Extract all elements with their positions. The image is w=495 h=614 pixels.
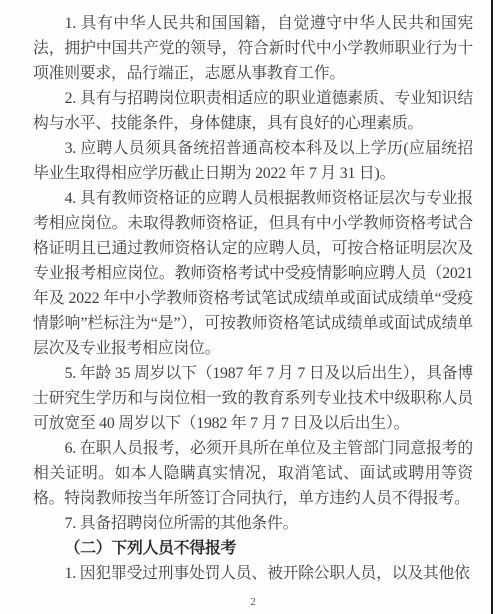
- page-number: 2: [33, 596, 473, 608]
- section-heading-ineligible: （二）下列人员不得报考: [33, 536, 473, 561]
- paragraph-requirement-4: 4. 具有教师资格证的应聘人员根据教师资格证层次与专业报考相应岗位。未取得教师资…: [33, 186, 473, 361]
- paragraph-ineligible-1: 1. 因犯罪受过刑事处罚人员、被开除公职人员，以及其他依: [33, 561, 473, 586]
- paragraph-requirement-2: 2. 具有与招聘岗位职责相适应的职业道德素质、专业知识结构与水平、技能条件，身体…: [33, 86, 473, 136]
- paragraph-requirement-1: 1. 具有中华人民共和国国籍，自觉遵守中华人民共和国宪法，拥护中国共产党的领导，…: [33, 11, 473, 86]
- document-text-block: 1. 具有中华人民共和国国籍，自觉遵守中华人民共和国宪法，拥护中国共产党的领导，…: [33, 11, 473, 586]
- paragraph-requirement-3: 3. 应聘人员须具备统招普通高校本科及以上学历(应届统招毕业生取得相应学历截止日…: [33, 136, 473, 186]
- scanned-document-page: 1. 具有中华人民共和国国籍，自觉遵守中华人民共和国宪法，拥护中国共产党的领导，…: [0, 0, 495, 614]
- paragraph-requirement-5: 5. 年龄 35 周岁以下（1987 年 7 月 7 日及以后出生），具备博士研…: [33, 361, 473, 436]
- scan-edge-line: [491, 0, 493, 614]
- paragraph-requirement-6: 6. 在职人员报考，必须开具所在单位及主管部门同意报考的相关证明。如本人隐瞒真实…: [33, 436, 473, 511]
- paragraph-requirement-7: 7. 具备招聘岗位所需的其他条件。: [33, 511, 473, 536]
